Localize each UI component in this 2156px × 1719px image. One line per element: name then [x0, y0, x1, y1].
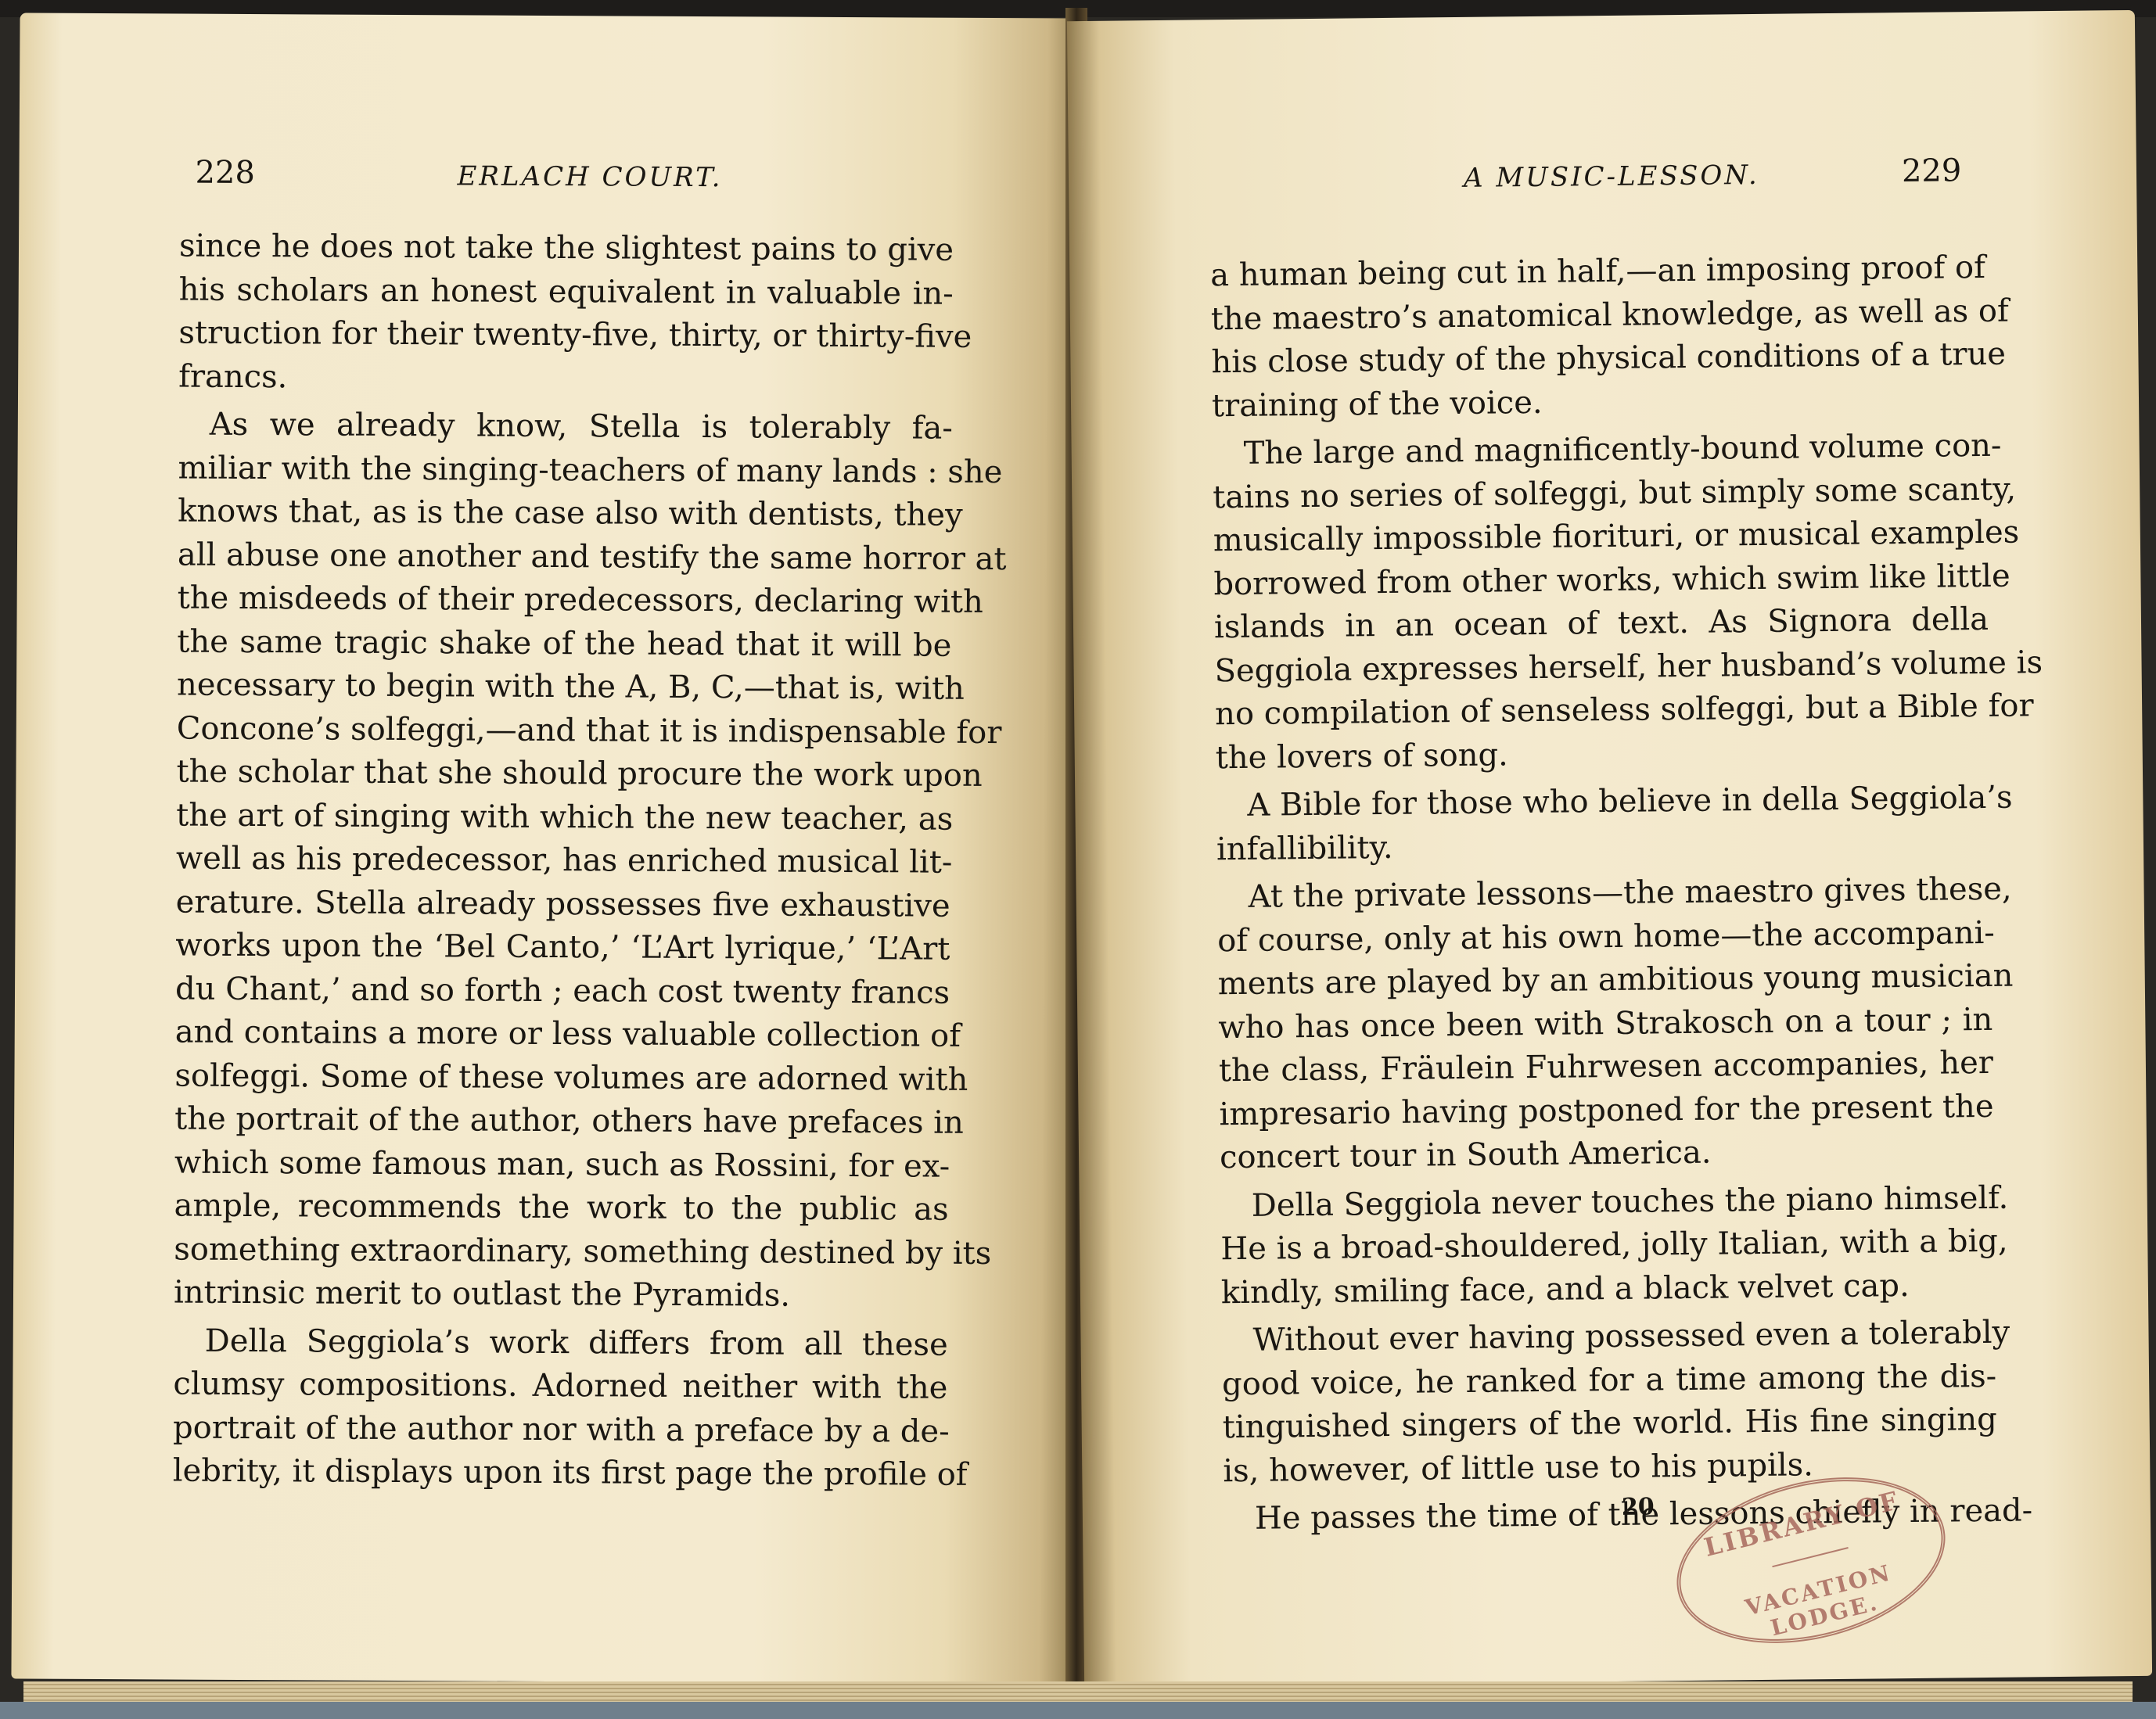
open-book: 228 ERLACH COURT. since he does not take… — [0, 0, 2156, 1719]
text-line: Della Seggiola’s work differs from all t… — [174, 1319, 948, 1367]
text-line: the portrait of the author, others have … — [174, 1098, 949, 1146]
text-line: struction for their twenty-five, thirty,… — [178, 312, 953, 360]
text-line: Seggiola expresses herself, her husband’… — [1214, 641, 1989, 693]
text-line: clumsy compositions. Adorned neither wit… — [173, 1363, 947, 1411]
text-line: A Bible for those who believe in della S… — [1216, 777, 1991, 828]
text-line: miliar with the singing-teachers of many… — [178, 447, 952, 494]
text-line: the class, Fräulein Fuhrwesen accompanie… — [1219, 1042, 1994, 1093]
left-body-text: since he does not take the slightest pai… — [173, 225, 954, 1498]
text-line: He is a broad-shouldered, jolly Italian,… — [1220, 1220, 1996, 1272]
right-body-text: a human being cut in half,—an imposing p… — [1210, 246, 1998, 1541]
text-line: At the private lessons—the maestro gives… — [1216, 868, 1992, 920]
text-line: well as his predecessor, has enriched mu… — [176, 838, 950, 885]
scan-background — [0, 1702, 2156, 1719]
text-line: intrinsic merit to outlast the Pyramids. — [174, 1272, 948, 1319]
text-line: since he does not take the slightest pai… — [179, 225, 954, 273]
stamp-ornament-icon — [1772, 1547, 1849, 1567]
text-line: the art of singing with which the new te… — [176, 794, 950, 842]
text-line: training of the voice. — [1212, 376, 1987, 428]
text-line: tains no series of solfeggi, but simply … — [1213, 468, 1988, 519]
text-line: borrowed from other works, which swim li… — [1213, 554, 1989, 606]
text-line: good voice, he ranked for a time among t… — [1222, 1355, 1997, 1406]
right-page: A MUSIC-LESSON. 229 a human being cut in… — [1067, 10, 2152, 1687]
text-line: the misdeeds of their predecessors, decl… — [178, 577, 952, 625]
running-head-title: A MUSIC-LESSON. — [1464, 160, 1759, 194]
text-line: concert tour in South America. — [1220, 1129, 1995, 1180]
text-line: necessary to begin with the A, B, C,—tha… — [177, 664, 951, 712]
text-line: no compilation of senseless solfeggi, bu… — [1215, 685, 1990, 737]
text-line: who has once been with Strakosch on a to… — [1218, 998, 1993, 1050]
text-line: ample, recommends the work to the public… — [174, 1185, 948, 1233]
text-line: lebrity, it displays upon its first page… — [173, 1450, 947, 1498]
text-line: Concone’s solfeggi,—and that it is indis… — [177, 707, 951, 755]
text-line: infallibility. — [1216, 820, 1992, 871]
text-line: islands in an ocean of text. As Signora … — [1214, 598, 1989, 650]
text-line: the lovers of song. — [1215, 728, 1990, 780]
text-line: which some famous man, such as Rossini, … — [174, 1141, 949, 1189]
text-line: knows that, as is the case also with den… — [178, 490, 952, 538]
text-line: his close study of the physical conditio… — [1211, 333, 1986, 385]
running-head-title: ERLACH COURT. — [457, 160, 722, 193]
text-line: the maestro’s anatomical knowledge, as w… — [1211, 289, 1986, 341]
text-line: Without ever having possessed even a tol… — [1221, 1312, 1996, 1363]
left-running-head: 228 ERLACH COURT. — [19, 153, 1079, 206]
text-line: all abuse one another and testify the sa… — [178, 533, 952, 581]
text-line: The large and magnificently-bound volume… — [1212, 425, 1987, 476]
page-number: 228 — [195, 155, 255, 191]
text-line: musically impossible fioriturі, or music… — [1213, 511, 1989, 563]
text-line: impresario having postponed for the pres… — [1219, 1085, 1994, 1136]
text-line: Della Seggiola never touches the piano h… — [1220, 1176, 1995, 1228]
text-line: erature. Stella already possesses five e… — [175, 881, 950, 928]
page-number: 229 — [1902, 153, 1962, 189]
text-line: his scholars an honest equivalent in val… — [179, 268, 954, 316]
text-line: and contains a more or less valuable col… — [175, 1011, 950, 1059]
text-line: ments are played by an ambitious young m… — [1218, 955, 1993, 1007]
text-line: works upon the ‘Bel Canto,’ ‘L’Art lyriq… — [175, 924, 950, 972]
text-line: the scholar that she should procure the … — [176, 751, 950, 798]
text-line: tinguished singers of the world. His fin… — [1222, 1398, 1997, 1450]
text-line: a human being cut in half,—an imposing p… — [1210, 246, 1985, 298]
right-running-head: A MUSIC-LESSON. 229 — [1069, 151, 2137, 209]
text-line: As we already know, Stella is tolerably … — [178, 404, 953, 451]
text-line: solfeggi. Some of these volumes are ador… — [174, 1054, 949, 1102]
left-page: 228 ERLACH COURT. since he does not take… — [11, 13, 1080, 1684]
text-line: the same tragic shake of the head that i… — [177, 620, 951, 668]
signature-mark: 20 — [1607, 1493, 1669, 1521]
text-line: francs. — [178, 355, 953, 403]
text-line: du Chant,’ and so forth ; each cost twen… — [175, 967, 950, 1015]
text-line: kindly, smiling face, and a black velvet… — [1221, 1263, 1996, 1315]
text-line: portrait of the author nor with a prefac… — [173, 1406, 947, 1454]
text-line: something extraordinary, something desti… — [174, 1228, 948, 1276]
text-line: of course, only at his own home—the acco… — [1217, 911, 1993, 963]
